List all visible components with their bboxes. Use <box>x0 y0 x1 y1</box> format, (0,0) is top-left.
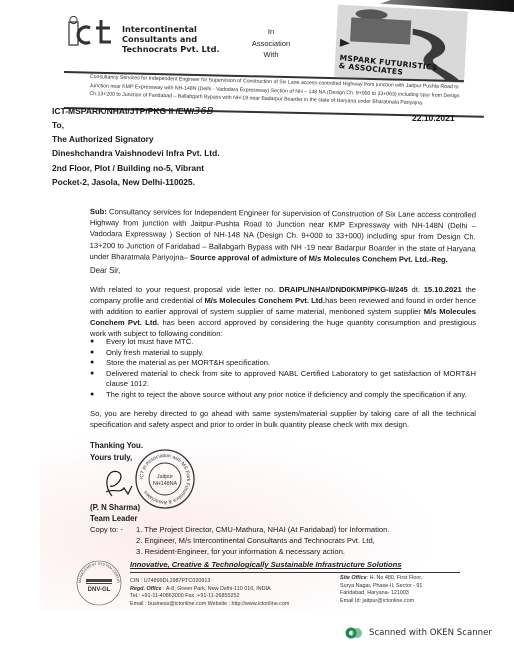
office-stamp-icon: ICT in Association with MS Park Futurist… <box>134 448 196 510</box>
svg-text:Jaitpur: Jaitpur <box>157 474 173 480</box>
signature-icon <box>98 466 138 502</box>
copy-to-item: 2. Engineer, M/s Intercontinental Consul… <box>136 535 390 546</box>
ict-name-line: Technocrats Pvt. Ltd. <box>122 44 220 54</box>
condition-item: Delivered material to check from site to… <box>90 369 476 390</box>
tagline-rule <box>130 572 460 573</box>
site-address: Surya Nagar, Phase-II, Sector - 91 <box>340 583 422 591</box>
svg-text:DNV-GL: DNV-GL <box>88 587 111 593</box>
address-line: 2nd Floor, Plot / Building no-5, Vibrant <box>52 161 220 175</box>
supplier-name: M/s Molecules Conchem Pvt. Ltd. <box>204 296 325 305</box>
phone-fax: Tel.: +91-11-40863000 Fax :+91-11-268552… <box>130 593 289 601</box>
association-line: Association <box>246 38 296 50</box>
oken-scanner-icon <box>345 627 363 639</box>
address-line: The Authorized Signatory <box>52 132 220 146</box>
association-label: In Association With <box>246 26 296 61</box>
to-label: To, <box>52 118 220 132</box>
ict-name-line: Consultants and <box>122 34 220 44</box>
condition-item: Every lot must have MTC. <box>90 337 476 348</box>
site-office-line: Site Office: H. No 480, First Floor, <box>340 575 422 583</box>
svg-text:NH148NA: NH148NA <box>153 481 178 487</box>
address-line: Pocket-2, Jasola, New Delhi-110025. <box>52 175 220 189</box>
proposal-letter-number: DRAIPL/NHAI/DND0KMP/PKG-II/245 <box>279 285 408 294</box>
registered-office: CIN : U74899DL1987PTC020913 Regd. Office… <box>130 578 289 608</box>
proposal-date: 15.10.2021 <box>424 285 462 294</box>
copy-to-list: 1. The Project Director, CMU-Mathura, NH… <box>136 524 390 558</box>
signer-name: (P. N Sharma) <box>90 502 140 513</box>
condition-item: The right to reject the above source wit… <box>90 390 476 401</box>
signer-title: Team Leader <box>90 513 140 524</box>
regd-address: : A-8, Green Park, New Delhi-110 016, IN… <box>162 586 271 592</box>
regd-office-line: Regd. Office : A-8, Green Park, New Delh… <box>130 586 289 594</box>
address-line: Dineshchandra Vaishnodevi Infra Pvt. Ltd… <box>52 146 220 160</box>
letter-date: 22.10.2021 <box>412 113 455 123</box>
body-paragraph-2: So, you are hereby directed to go ahead … <box>90 408 476 430</box>
para-text: With related to your request proposal vi… <box>90 285 279 294</box>
letter-reference: ICT-MSPARK/NHAI/JTP/PKG II /EW/36B <box>52 106 214 117</box>
subject-highlight: Source approval of admixture of M/s Mole… <box>190 253 448 264</box>
recipient-address: To, The Authorized Signatory Dineshchand… <box>52 118 220 189</box>
site-label: Site Office <box>340 575 367 581</box>
copy-to-item: 1. The Project Director, CMU-Mathura, NH… <box>136 524 390 535</box>
email-website: Email : business@ictonline.com Website :… <box>130 601 289 609</box>
condition-item: Only fresh material to supply. <box>90 348 476 359</box>
subject-label: Sub: <box>90 207 107 216</box>
association-line: In <box>246 26 296 38</box>
scanner-watermark: Scanned with OKEN Scanner <box>345 627 492 639</box>
condition-item: Store the material as per MORT&H specifi… <box>90 358 476 369</box>
ict-name-line: Intercontinental <box>122 24 220 34</box>
reference-number: ICT-MSPARK/NHAI/JTP/PKG II /EW/ <box>52 106 194 116</box>
copy-to-item: 3. Resident-Engineer, for your informati… <box>136 546 390 557</box>
site-email: Email Id: jaitpur@ictonline.com <box>340 598 422 606</box>
signer: (P. N Sharma) Team Leader <box>90 502 140 524</box>
site-address: : H. No 480, First Floor, <box>367 575 423 581</box>
scanner-label: Scanned with OKEN Scanner <box>369 628 492 638</box>
copy-to-label: Copy to: - <box>90 525 123 534</box>
scanned-letter-page: Intercontinental Consultants and Technoc… <box>0 0 514 649</box>
site-office: Site Office: H. No 480, First Floor, Sur… <box>340 575 422 605</box>
letter-subject: Sub: Consultancy services for Independen… <box>90 206 476 265</box>
regd-label: Regd. Office <box>130 586 162 592</box>
company-tagline: Innovative, Creative & Technologically S… <box>130 560 401 569</box>
association-line: With <box>246 49 296 61</box>
ict-logo-icon <box>68 16 118 46</box>
ict-company-name: Intercontinental Consultants and Technoc… <box>122 24 220 54</box>
salutation: Dear Sir, <box>90 266 120 275</box>
cin-number: CIN : U74899DL1987PTC020913 <box>130 578 289 586</box>
dnv-gl-certification-icon: MANAGEMENT SYSTEM CERTIFICATION DNV-GL <box>76 560 122 606</box>
copy-to: Copy to: - 1. The Project Director, CMU-… <box>90 524 123 535</box>
reference-handwritten: 36B <box>194 106 214 117</box>
site-address: Faridabad, Haryana- 121003 <box>340 590 422 598</box>
body-paragraph-1: With related to your request proposal vi… <box>90 284 476 339</box>
para-text: dt. <box>408 285 424 294</box>
conditions-list: Every lot must have MTC. Only fresh mate… <box>90 337 476 401</box>
